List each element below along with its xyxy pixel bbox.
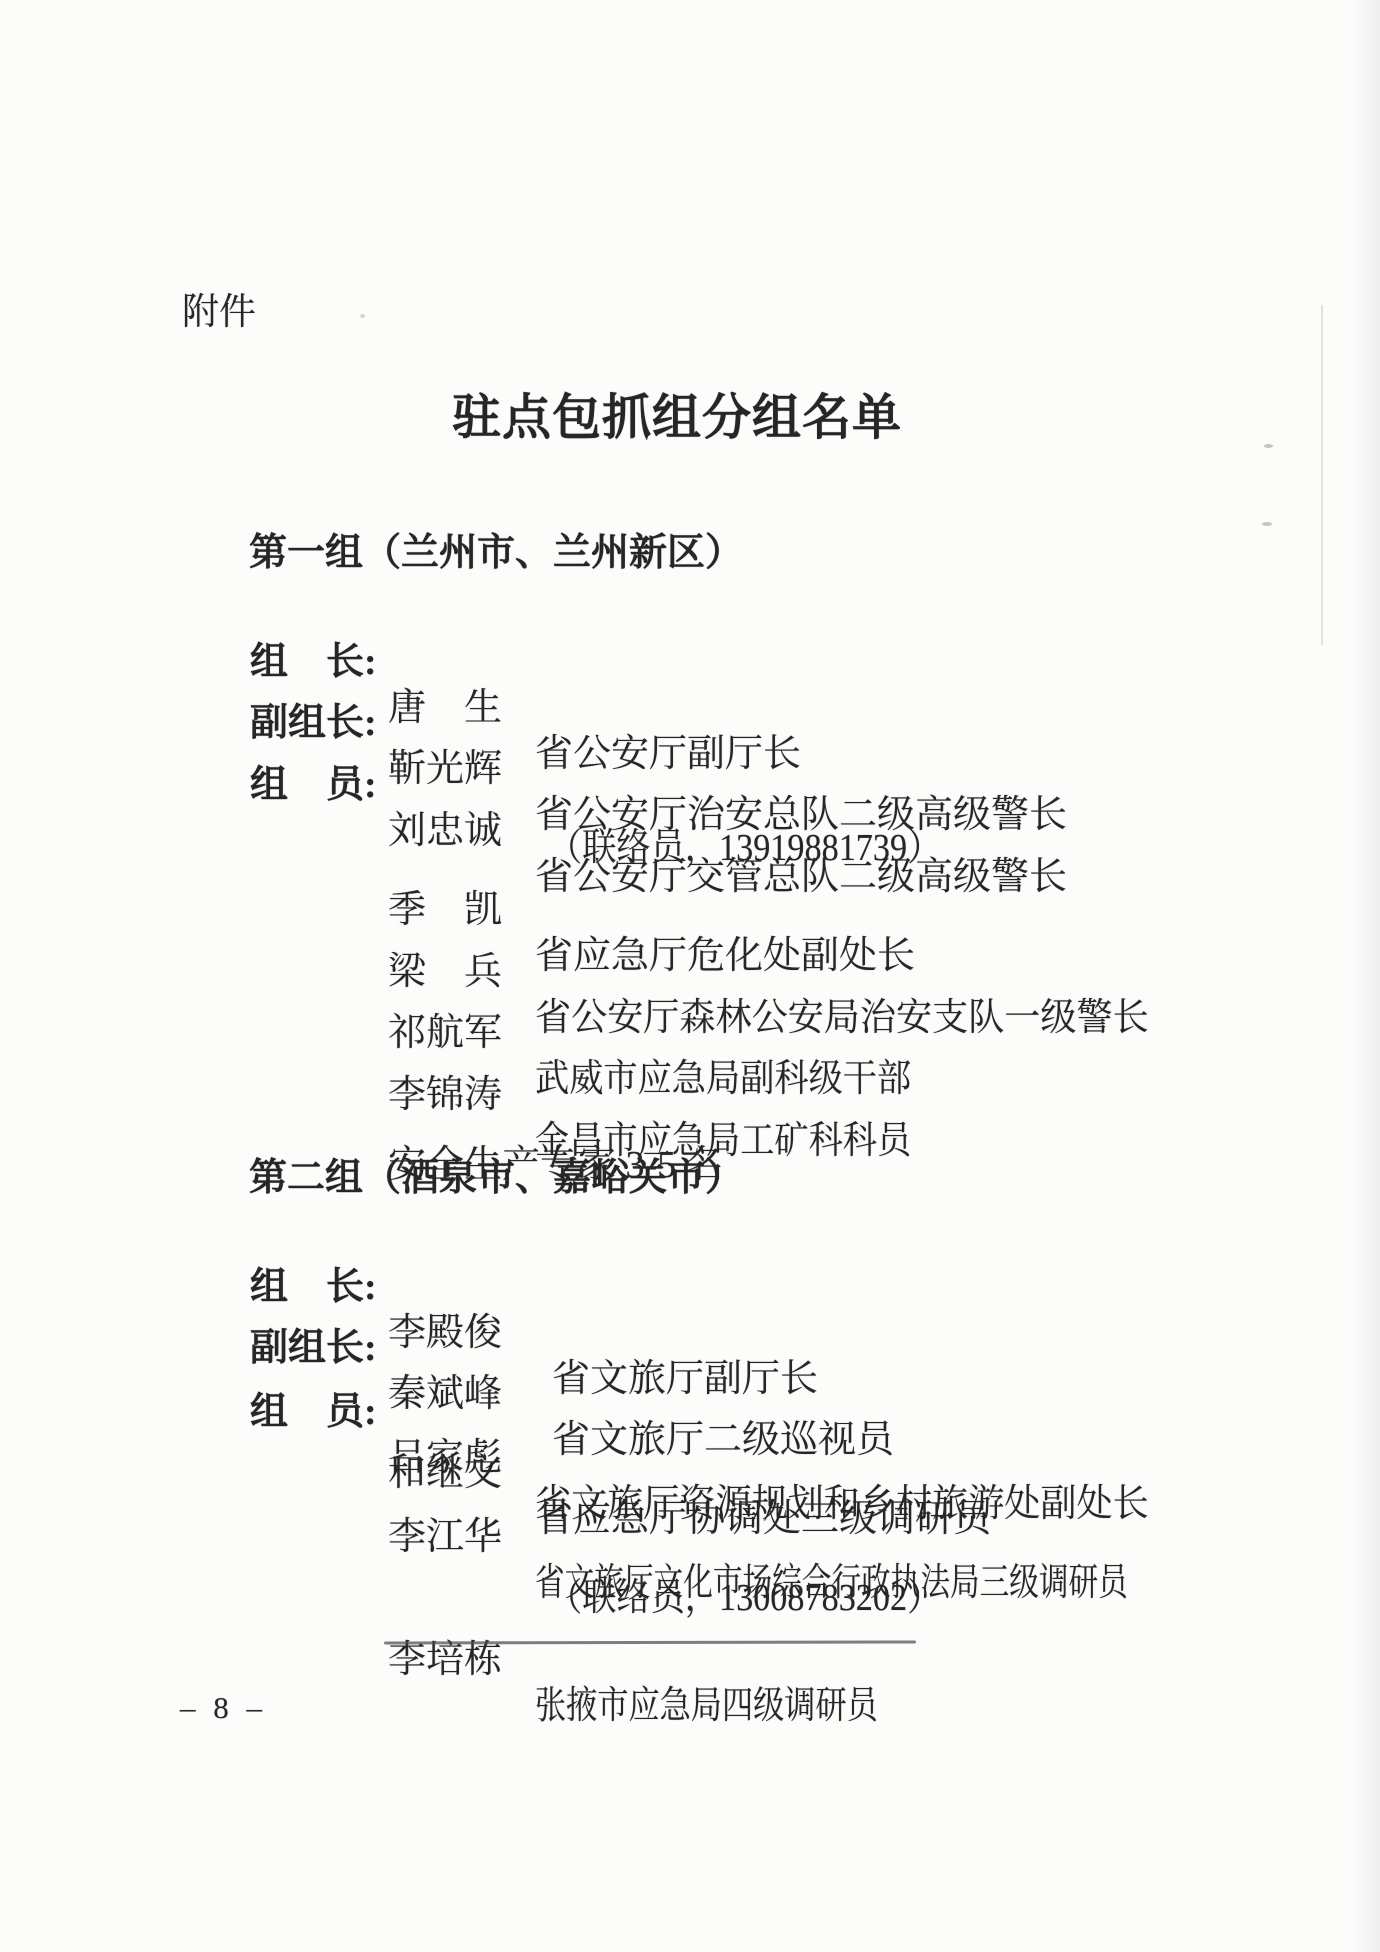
table-row: （联络员，13008783202） (0, 1529, 1380, 1575)
scan-speckle (1262, 522, 1272, 526)
table-row: 梁 兵 省公安厅森林公安局治安支队一级警长 (0, 903, 1380, 949)
table-row: 李培栋 张掖市应急局四级调研员 (0, 1591, 1380, 1637)
member-title: 张掖市应急局四级调研员 (535, 1683, 878, 1729)
document-title: 驻点包抓组分组名单 (452, 390, 902, 446)
table-row: 副组长: 靳光辉 省公安厅治安总队二级高级警长 (0, 654, 1380, 700)
table-row: 李锦涛 金昌市应急局工矿科科员 (0, 1026, 1380, 1072)
table-row: 安全生产专家 3-5 名 (0, 1096, 1380, 1142)
table-row: 组 员: 吕家彪 省文旅厅资源规划和乡村旅游处副处长 (0, 1343, 1380, 1389)
table-row: 和继文 省应急厅协调处三级调研员 (0, 1404, 1380, 1450)
table-row: 季 凯 省应急厅危化处副处长 (0, 841, 1380, 887)
table-row: 组 长: 唐 生 省公安厅副厅长 (0, 593, 1380, 639)
document-page: 附件 驻点包抓组分组名单 第一组（兰州市、兰州新区） 组 长: 唐 生 省公安厅… (0, 0, 1380, 1952)
scan-speckle (360, 314, 365, 318)
table-row: 组 长: 李殿俊 省文旅厅副厅长 (0, 1218, 1380, 1264)
table-row: 副组长: 秦斌峰 省文旅厅二级巡视员 (0, 1279, 1380, 1325)
attachment-label: 附件 (182, 292, 256, 334)
table-row: 组 员: 刘忠诚 省公安厅交管总队二级高级警长 (0, 716, 1380, 762)
underline-mark (384, 1640, 916, 1644)
table-row: （联络员，13919881739） (0, 779, 1380, 825)
group1-heading: 第一组（兰州市、兰州新区） (249, 531, 743, 575)
scan-speckle (1264, 444, 1273, 448)
table-row: 祁航军 武威市应急局副科级干部 (0, 964, 1380, 1010)
group2-heading: 第二组（酒泉市、嘉峪关市） (249, 1156, 743, 1200)
table-row: 李江华 省文旅厅文化市场综合行政执法局三级调研员 (0, 1468, 1380, 1514)
page-number: – 8 – (180, 1690, 267, 1726)
